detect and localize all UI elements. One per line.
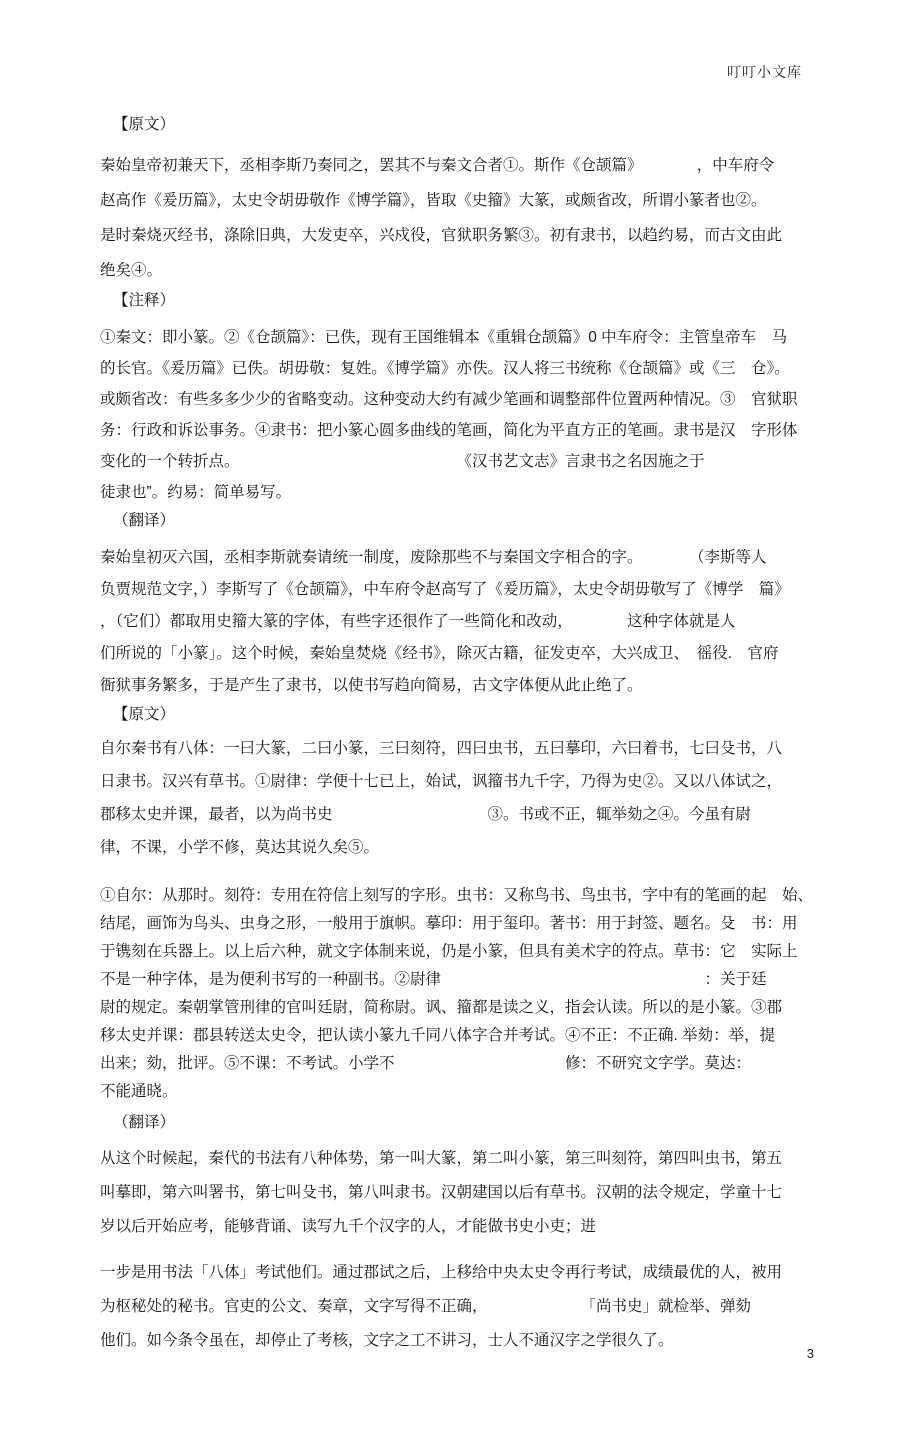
- text-line: 秦始皇帝初兼天下，丞相李斯乃奏同之，罢其不与秦文合者①。斯作《仓颉篇》 ，中车府…: [100, 148, 820, 183]
- text-line: 一步是用书法「八体」考试他们。通过郡试之后，上移给中央太史令再行考试，成绩最优的…: [100, 1256, 820, 1290]
- text-line: 的长官。《爰历篇》已佚。胡毋敬：复姓。《博学篇》亦佚。汉人将三书统称《仓颉篇》或…: [100, 353, 820, 384]
- text-line: 律，不课，小学不修，莫达其说久矣⑤。: [100, 831, 820, 864]
- document-content: 【原文） 秦始皇帝初兼天下，丞相李斯乃奏同之，罢其不与秦文合者①。斯作《仓颉篇》…: [100, 84, 820, 1358]
- text-line: 徒隶也”。约易：简单易写。: [100, 477, 820, 508]
- text-line: 郡移太史并课，最者，以为尚书史 ③。书或不正，辄举劾之④。今虽有尉: [100, 798, 820, 831]
- text-line: 负贾规范文字，）李斯写了《仓颉篇》，中车府令赵高写了《爰历篇》，太史令胡毋敬写了…: [100, 574, 820, 606]
- text-line: 从这个时候起，秦代的书法有八种体势，第一叫大篆，第二叫小篆，第三叫刻符，第四叫虫…: [100, 1142, 820, 1176]
- section-heading: 【注释）: [100, 290, 820, 312]
- text-line: 出来；劾，批评。⑤不课：不考试。小学不 修：不研究文字学。莫达：: [100, 1050, 820, 1078]
- text-line: 移太史并课：郡县转送太史令，把认读小篆九千同八体字合并考试。④不正：不正确. 举…: [100, 1022, 820, 1050]
- text-line: 或颇省改：有些多多少少的省略变动。这种变动大约有减少笔画和调整部件位置两种情况。…: [100, 384, 820, 415]
- text-line: 衙狱事务繁多，于是产生了隶书，以使书写趋向简易，古文字体便从此止绝了。: [100, 670, 820, 702]
- text-line: 变化的一个转折点。 《汉书艺文志》言隶书之名因施之于: [100, 446, 820, 477]
- text-line: 赵高作《爰历篇》，太史令胡毋敬作《博学篇》，皆取《史籀》大篆，或颇省改，所谓小篆…: [100, 183, 820, 218]
- section-heading: （翻译）: [100, 510, 820, 532]
- section-original-1: 【原文） 秦始皇帝初兼天下，丞相李斯乃奏同之，罢其不与秦文合者①。斯作《仓颉篇》…: [100, 114, 820, 288]
- text-line: 秦始皇初灭六国，丞相李斯就奏请统一制度，废除那些不与秦国文字相合的字。 （李斯等…: [100, 542, 820, 574]
- text-line: 绝矣④。: [100, 253, 820, 288]
- text-line: 尉的规定。秦朝掌管刑律的官叫廷尉，简称尉。讽、籀都是读之义，指会认读。所以的是小…: [100, 994, 820, 1022]
- section-annotations-2: ①自尔：从那时。刻符：专用在符信上刻写的字形。虫书：又称鸟书、鸟虫书，字中有的笔…: [100, 882, 820, 1106]
- text-line: ，（它们）都取用史籀大篆的字体，有些字还很作了一些简化和改动， 这种字体就是人: [100, 606, 820, 638]
- section-translation-1: （翻译） 秦始皇初灭六国，丞相李斯就奏请统一制度，废除那些不与秦国文字相合的字。…: [100, 510, 820, 702]
- page-number: 3: [807, 1346, 814, 1361]
- section-heading: （翻译）: [100, 1112, 820, 1134]
- section-heading: 【原文）: [100, 704, 820, 726]
- text-line: 叫摹即，第六叫署书，第七叫殳书，第八叫隶书。汉朝建国以后有草书。汉朝的法令规定，…: [100, 1176, 820, 1210]
- text-line: 们所说的「小篆」。这个时候，秦始皇焚烧《经书》，除灭古籍，征发吏卒，大兴成卫、 …: [100, 638, 820, 670]
- section-translation-2-continued: 一步是用书法「八体」考试他们。通过郡试之后，上移给中央太史令再行考试，成绩最优的…: [100, 1256, 820, 1358]
- document-page: 叮叮小文库 【原文） 秦始皇帝初兼天下，丞相李斯乃奏同之，罢其不与秦文合者①。斯…: [0, 0, 920, 1447]
- text-line: ①自尔：从那时。刻符：专用在符信上刻写的字形。虫书：又称鸟书、鸟虫书，字中有的笔…: [100, 882, 820, 910]
- text-line: ①秦文：即小篆。②《仓颉篇》：已佚，现有王国维辑本《重辑仓颉篇》0 中车府令：主…: [100, 322, 820, 353]
- text-line: 自尔秦书有八体：一曰大篆，二曰小篆，三曰刻符，四曰虫书，五曰摹印，六曰着书，七曰…: [100, 732, 820, 765]
- text-line: 结尾，画饰为鸟头、虫身之形，一般用于旗帜。摹印：用于玺印。著书：用于封签、题名。…: [100, 910, 820, 938]
- text-line: 岁以后开始应考，能够背诵、读写九千个汉字的人，才能做书史小吏；进: [100, 1210, 820, 1244]
- section-heading: 【原文）: [100, 114, 820, 136]
- text-line: 是时秦烧灭经书，涤除旧典，大发吏卒，兴戍役，官狱职务繁③。初有隶书，以趋约易，而…: [100, 218, 820, 253]
- text-line: 于镌刻在兵器上。以上后六种，就文字体制来说，仍是小篆，但具有美术字的符点。草书：…: [100, 938, 820, 966]
- text-line: 不是一种字体，是为便利书写的一种副书。②尉律 ：关于廷: [100, 966, 820, 994]
- site-watermark: 叮叮小文库: [0, 0, 920, 82]
- text-line: 不能通晓。: [100, 1078, 820, 1106]
- text-line: 日隶书。汉兴有草书。①尉律：学便十七已上，始试，讽籀书九千字，乃得为史②。又以八…: [100, 765, 820, 798]
- section-translation-2: （翻译） 从这个时候起，秦代的书法有八种体势，第一叫大篆，第二叫小篆，第三叫刻符…: [100, 1112, 820, 1244]
- text-line: 他们。如今条令虽在，却停止了考核，文字之工不讲习，士人不通汉字之学很久了。: [100, 1324, 820, 1358]
- text-line: 务：行政和诉讼事务。④隶书：把小篆心圆多曲线的笔画，简化为平直方正的笔画。隶书是…: [100, 415, 820, 446]
- section-original-2: 【原文） 自尔秦书有八体：一曰大篆，二曰小篆，三曰刻符，四曰虫书，五曰摹印，六曰…: [100, 704, 820, 864]
- section-annotations-1: 【注释） ①秦文：即小篆。②《仓颉篇》：已佚，现有王国维辑本《重辑仓颉篇》0 中…: [100, 290, 820, 508]
- text-line: 为枢秘处的秘书。官吏的公文、奏章，文字写得不正确， 「尚书史」就检举、弹劾: [100, 1290, 820, 1324]
